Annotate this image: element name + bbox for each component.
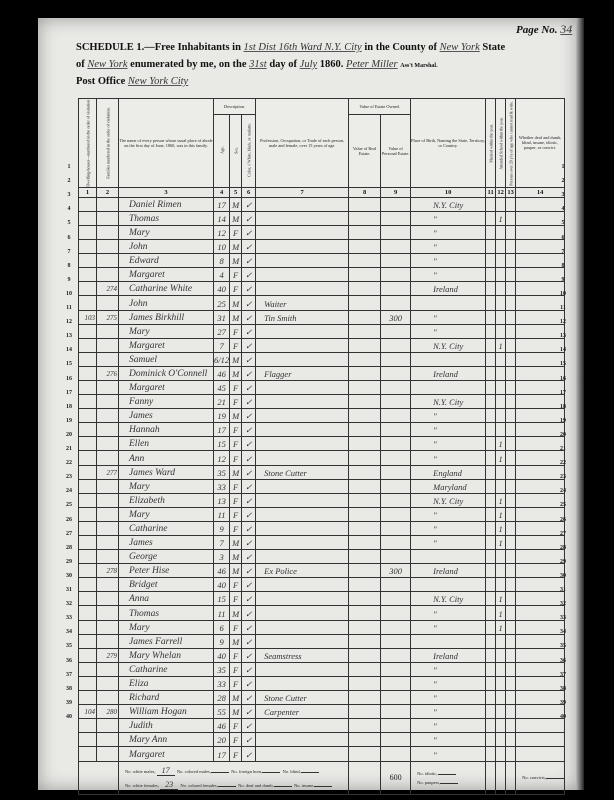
dwelling-number (79, 719, 97, 733)
age-value: 13 (214, 493, 230, 507)
person-name: Margaret (119, 380, 214, 394)
age-value: 45 (214, 380, 230, 394)
color-mark: ✓ (242, 691, 256, 705)
sex-value: M (230, 310, 242, 324)
day-value: 31st (249, 59, 267, 70)
sex-value: M (230, 536, 242, 550)
line-number: 11 (62, 305, 76, 311)
dwelling-number (79, 409, 97, 423)
personal-estate-value (381, 211, 411, 225)
married-mark (486, 676, 496, 690)
schedule-heading-line1: SCHEDULE 1.—Free Inhabitants in 1st Dist… (76, 42, 505, 53)
dwelling-number (79, 479, 97, 493)
illiterate-mark (506, 380, 516, 394)
color-mark: ✓ (242, 380, 256, 394)
color-mark: ✓ (242, 197, 256, 211)
page-number: Page No. 34 (516, 22, 572, 37)
col-number: 2 (97, 187, 119, 197)
married-mark (486, 507, 496, 521)
line-number: 16 (556, 376, 570, 382)
illiterate-mark (506, 521, 516, 535)
sex-value: F (230, 747, 242, 761)
district-value: 1st Dist 16th Ward N.Y. City (244, 42, 362, 53)
real-estate-value (349, 211, 381, 225)
school-mark: 1 (496, 620, 506, 634)
paupers-label: No. paupers, (417, 780, 440, 785)
married-mark (486, 366, 496, 380)
dwelling-number (79, 592, 97, 606)
color-mark: ✓ (242, 719, 256, 733)
birthplace-value: " (411, 423, 486, 437)
school-mark (496, 691, 506, 705)
line-number: 32 (62, 601, 76, 607)
personal-estate-value (381, 733, 411, 747)
occupation-value: Stone Cutter (256, 465, 349, 479)
real-estate-value (349, 705, 381, 719)
dwelling-number (79, 451, 97, 465)
color-mark: ✓ (242, 507, 256, 521)
married-mark (486, 380, 496, 394)
personal-estate-value (381, 592, 411, 606)
line-number: 13 (556, 333, 570, 339)
illiterate-mark (506, 225, 516, 239)
illiterate-mark (506, 437, 516, 451)
color-mark: ✓ (242, 409, 256, 423)
census-row: Mary6F✓"1 (79, 620, 565, 634)
sex-value: F (230, 493, 242, 507)
birthplace-value: " (411, 733, 486, 747)
white-males-value: 17 (157, 766, 175, 776)
illiterate-mark (506, 296, 516, 310)
line-number: 25 (62, 502, 76, 508)
color-mark: ✓ (242, 521, 256, 535)
school-mark (496, 733, 506, 747)
sex-value: F (230, 437, 242, 451)
school-mark (496, 564, 506, 578)
column-number-row: 1 2 3 4 5 6 7 8 9 10 11 12 13 14 (79, 187, 565, 197)
school-mark (496, 324, 506, 338)
married-mark (486, 733, 496, 747)
family-number: 274 (97, 282, 119, 296)
line-number: 30 (556, 573, 570, 579)
person-name: Ellen (119, 437, 214, 451)
line-number: 36 (556, 658, 570, 664)
dwelling-number (79, 465, 97, 479)
person-name: James (119, 409, 214, 423)
illiterate-mark (506, 240, 516, 254)
color-mark: ✓ (242, 254, 256, 268)
infirmity-value (516, 719, 565, 733)
sex-value: F (230, 620, 242, 634)
col-real-estate-header: Value of Real Estate. (349, 114, 381, 187)
col-family-header: Families numbered in the order of visita… (97, 99, 119, 188)
family-number (97, 437, 119, 451)
census-row: George3M✓ (79, 550, 565, 564)
birthplace-value: " (411, 536, 486, 550)
census-row: Mary Ann20F✓" (79, 733, 565, 747)
illiterate-mark (506, 352, 516, 366)
line-number: 28 (62, 545, 76, 551)
family-number (97, 254, 119, 268)
col-description-header: Description. (214, 99, 256, 115)
marshal-name: Peter Miller (346, 59, 398, 70)
married-mark (486, 493, 496, 507)
schedule-heading-line2: of New York enumerated by me, on the 31s… (76, 59, 438, 70)
illiterate-mark (506, 479, 516, 493)
color-mark: ✓ (242, 338, 256, 352)
personal-estate-value (381, 240, 411, 254)
post-office-value: New York City (128, 76, 188, 87)
color-mark: ✓ (242, 324, 256, 338)
real-estate-value (349, 197, 381, 211)
census-row: James Farrell9M✓ (79, 634, 565, 648)
occupation-value (256, 493, 349, 507)
month-value: July (300, 59, 318, 70)
sex-value: F (230, 423, 242, 437)
color-mark: ✓ (242, 366, 256, 380)
line-number: 33 (556, 615, 570, 621)
real-estate-value (349, 324, 381, 338)
real-estate-value (349, 380, 381, 394)
sex-value: M (230, 296, 242, 310)
dwelling-number (79, 268, 97, 282)
birthplace-value: Ireland (411, 282, 486, 296)
married-mark (486, 592, 496, 606)
person-name: Mary Whelan (119, 648, 214, 662)
personal-estate-value (381, 395, 411, 409)
line-number: 10 (62, 291, 76, 297)
enumerated-label: enumerated by me, on the (130, 59, 246, 70)
line-number: 24 (556, 488, 570, 494)
age-value: 55 (214, 705, 230, 719)
color-mark: ✓ (242, 648, 256, 662)
line-number: 40 (556, 714, 570, 720)
col-number: 9 (381, 187, 411, 197)
family-number (97, 719, 119, 733)
personal-estate-value (381, 282, 411, 296)
line-number: 1 (556, 164, 570, 170)
occupation-value (256, 747, 349, 761)
occupation-value: Stone Cutter (256, 691, 349, 705)
married-mark (486, 747, 496, 761)
col-number: 3 (119, 187, 214, 197)
married-mark (486, 268, 496, 282)
line-number: 15 (556, 361, 570, 367)
married-mark (486, 211, 496, 225)
age-value: 17 (214, 197, 230, 211)
line-number: 20 (62, 432, 76, 438)
married-mark (486, 564, 496, 578)
person-name: George (119, 550, 214, 564)
line-number: 12 (62, 319, 76, 325)
sex-value: M (230, 564, 242, 578)
birthplace-value: " (411, 409, 486, 423)
line-number: 14 (62, 347, 76, 353)
family-number (97, 733, 119, 747)
age-value: 40 (214, 578, 230, 592)
family-number (97, 240, 119, 254)
line-number: 4 (556, 206, 570, 212)
age-value: 6/12 (214, 352, 230, 366)
illiterate-mark (506, 705, 516, 719)
color-mark: ✓ (242, 451, 256, 465)
color-mark: ✓ (242, 733, 256, 747)
family-number (97, 338, 119, 352)
sex-value: F (230, 282, 242, 296)
infirmity-value (516, 733, 565, 747)
birthplace-value: " (411, 437, 486, 451)
line-number: 22 (62, 460, 76, 466)
birthplace-value: " (411, 606, 486, 620)
birthplace-value: " (411, 211, 486, 225)
color-mark: ✓ (242, 268, 256, 282)
dwelling-number (79, 380, 97, 394)
sex-value: F (230, 676, 242, 690)
color-mark: ✓ (242, 634, 256, 648)
color-mark: ✓ (242, 423, 256, 437)
page-number-value: 34 (560, 22, 572, 36)
person-name: Hannah (119, 423, 214, 437)
color-mark: ✓ (242, 606, 256, 620)
birthplace-value: N.Y. City (411, 395, 486, 409)
census-row: Margaret45F✓ (79, 380, 565, 394)
line-number: 17 (62, 390, 76, 396)
sex-value: M (230, 691, 242, 705)
occupation-value (256, 592, 349, 606)
sex-value: F (230, 507, 242, 521)
age-value: 31 (214, 310, 230, 324)
real-estate-value (349, 437, 381, 451)
census-row: Richard28M✓Stone Cutter" (79, 691, 565, 705)
dwelling-number (79, 211, 97, 225)
dwelling-number (79, 296, 97, 310)
birthplace-value: " (411, 324, 486, 338)
of-label: of (76, 59, 85, 70)
married-mark (486, 465, 496, 479)
dwelling-number (79, 324, 97, 338)
occupation-value (256, 324, 349, 338)
dwelling-number (79, 634, 97, 648)
state-label: State (482, 42, 505, 53)
real-estate-value (349, 254, 381, 268)
sex-value: F (230, 395, 242, 409)
real-estate-value (349, 550, 381, 564)
line-number: 24 (62, 488, 76, 494)
person-name: Judith (119, 719, 214, 733)
person-name: Mary (119, 324, 214, 338)
line-number: 19 (62, 418, 76, 424)
family-number (97, 451, 119, 465)
family-number (97, 507, 119, 521)
birthplace-value: " (411, 225, 486, 239)
real-estate-value (349, 521, 381, 535)
real-estate-value (349, 423, 381, 437)
line-number: 30 (62, 573, 76, 579)
line-number: 18 (62, 404, 76, 410)
dwelling-number (79, 395, 97, 409)
personal-estate-value (381, 268, 411, 282)
line-number: 40 (62, 714, 76, 720)
person-name: Peter Hise (119, 564, 214, 578)
person-name: John (119, 240, 214, 254)
real-estate-value (349, 338, 381, 352)
married-mark (486, 620, 496, 634)
person-name: Edward (119, 254, 214, 268)
age-value: 46 (214, 564, 230, 578)
family-number (97, 211, 119, 225)
illiterate-mark (506, 465, 516, 479)
illiterate-mark (506, 211, 516, 225)
line-number: 27 (556, 531, 570, 537)
col-number: 11 (486, 187, 496, 197)
line-number: 6 (556, 235, 570, 241)
personal-estate-value (381, 536, 411, 550)
dwelling-number (79, 676, 97, 690)
age-value: 15 (214, 437, 230, 451)
occupation-value (256, 225, 349, 239)
dwelling-number (79, 437, 97, 451)
dwelling-number (79, 536, 97, 550)
census-row: Ellen15F✓"1 (79, 437, 565, 451)
dwelling-number: 104 (79, 705, 97, 719)
birthplace-value: N.Y. City (411, 592, 486, 606)
married-mark (486, 225, 496, 239)
illiterate-mark (506, 324, 516, 338)
line-number: 38 (62, 686, 76, 692)
school-mark: 1 (496, 338, 506, 352)
sex-value: F (230, 324, 242, 338)
col-illiterate-header: Persons over 20 y'rs of age who cannot r… (506, 99, 516, 188)
age-value: 15 (214, 592, 230, 606)
color-mark: ✓ (242, 536, 256, 550)
col-number: 4 (214, 187, 230, 197)
sex-value: M (230, 634, 242, 648)
family-number (97, 578, 119, 592)
birthplace-value: " (411, 747, 486, 761)
person-name: James Birkhill (119, 310, 214, 324)
color-mark: ✓ (242, 437, 256, 451)
color-mark: ✓ (242, 705, 256, 719)
age-value: 28 (214, 691, 230, 705)
birthplace-value: Ireland (411, 366, 486, 380)
personal-estate-value (381, 254, 411, 268)
illiterate-mark (506, 578, 516, 592)
dwelling-number (79, 662, 97, 676)
real-estate-value (349, 634, 381, 648)
illiterate-mark (506, 409, 516, 423)
occupation-value: Waiter (256, 296, 349, 310)
dwelling-number (79, 564, 97, 578)
school-mark (496, 479, 506, 493)
census-row: Hannah17F✓" (79, 423, 565, 437)
line-number: 14 (556, 347, 570, 353)
census-row: Daniel Rimen17M✓N.Y. City (79, 197, 565, 211)
real-estate-value (349, 733, 381, 747)
family-number (97, 296, 119, 310)
page-number-label: Page No. (516, 24, 558, 36)
school-mark (496, 465, 506, 479)
married-mark (486, 719, 496, 733)
sex-value: F (230, 380, 242, 394)
school-mark (496, 380, 506, 394)
person-name: James Ward (119, 465, 214, 479)
line-number: 29 (556, 559, 570, 565)
col-occupation-header: Profession, Occupation, or Trade of each… (256, 99, 349, 188)
married-mark (486, 352, 496, 366)
census-row: James7M✓"1 (79, 536, 565, 550)
family-number (97, 592, 119, 606)
person-name: Fanny (119, 395, 214, 409)
occupation-value (256, 606, 349, 620)
dwelling-number (79, 225, 97, 239)
school-mark: 1 (496, 592, 506, 606)
real-estate-value (349, 268, 381, 282)
dwelling-number (79, 606, 97, 620)
person-name: Bridget (119, 578, 214, 592)
color-mark: ✓ (242, 493, 256, 507)
occupation-value (256, 211, 349, 225)
sex-value: M (230, 366, 242, 380)
personal-estate-value (381, 521, 411, 535)
married-mark (486, 296, 496, 310)
occupation-value (256, 550, 349, 564)
school-mark: 1 (496, 437, 506, 451)
person-name: Thomas (119, 606, 214, 620)
birthplace-value: England (411, 465, 486, 479)
color-mark: ✓ (242, 211, 256, 225)
real-estate-value (349, 240, 381, 254)
person-name: Margaret (119, 268, 214, 282)
family-number (97, 493, 119, 507)
line-number: 9 (556, 277, 570, 283)
line-number: 15 (62, 361, 76, 367)
age-value: 14 (214, 211, 230, 225)
line-number: 37 (62, 672, 76, 678)
real-estate-value (349, 225, 381, 239)
occupation-value: Flagger (256, 366, 349, 380)
illiterate-mark (506, 338, 516, 352)
dwelling-number: 103 (79, 310, 97, 324)
line-number: 21 (556, 446, 570, 452)
school-mark (496, 395, 506, 409)
real-estate-value (349, 592, 381, 606)
line-number: 7 (62, 249, 76, 255)
age-value: 10 (214, 240, 230, 254)
sex-value: M (230, 550, 242, 564)
occupation-value (256, 437, 349, 451)
color-mark: ✓ (242, 676, 256, 690)
school-mark: 1 (496, 606, 506, 620)
line-number: 32 (556, 601, 570, 607)
personal-estate-value (381, 197, 411, 211)
person-name: Margaret (119, 338, 214, 352)
age-value: 4 (214, 268, 230, 282)
line-number: 23 (556, 474, 570, 480)
sex-value: F (230, 479, 242, 493)
age-value: 9 (214, 634, 230, 648)
occupation-value: Tin Smith (256, 310, 349, 324)
white-males-label: No. white males, (125, 769, 156, 774)
married-mark (486, 606, 496, 620)
school-mark (496, 310, 506, 324)
dwelling-number (79, 240, 97, 254)
married-mark (486, 338, 496, 352)
age-value: 40 (214, 648, 230, 662)
family-number (97, 479, 119, 493)
schedule-title: SCHEDULE 1.—Free Inhabitants in (76, 42, 241, 53)
illiterate-mark (506, 507, 516, 521)
married-mark (486, 536, 496, 550)
